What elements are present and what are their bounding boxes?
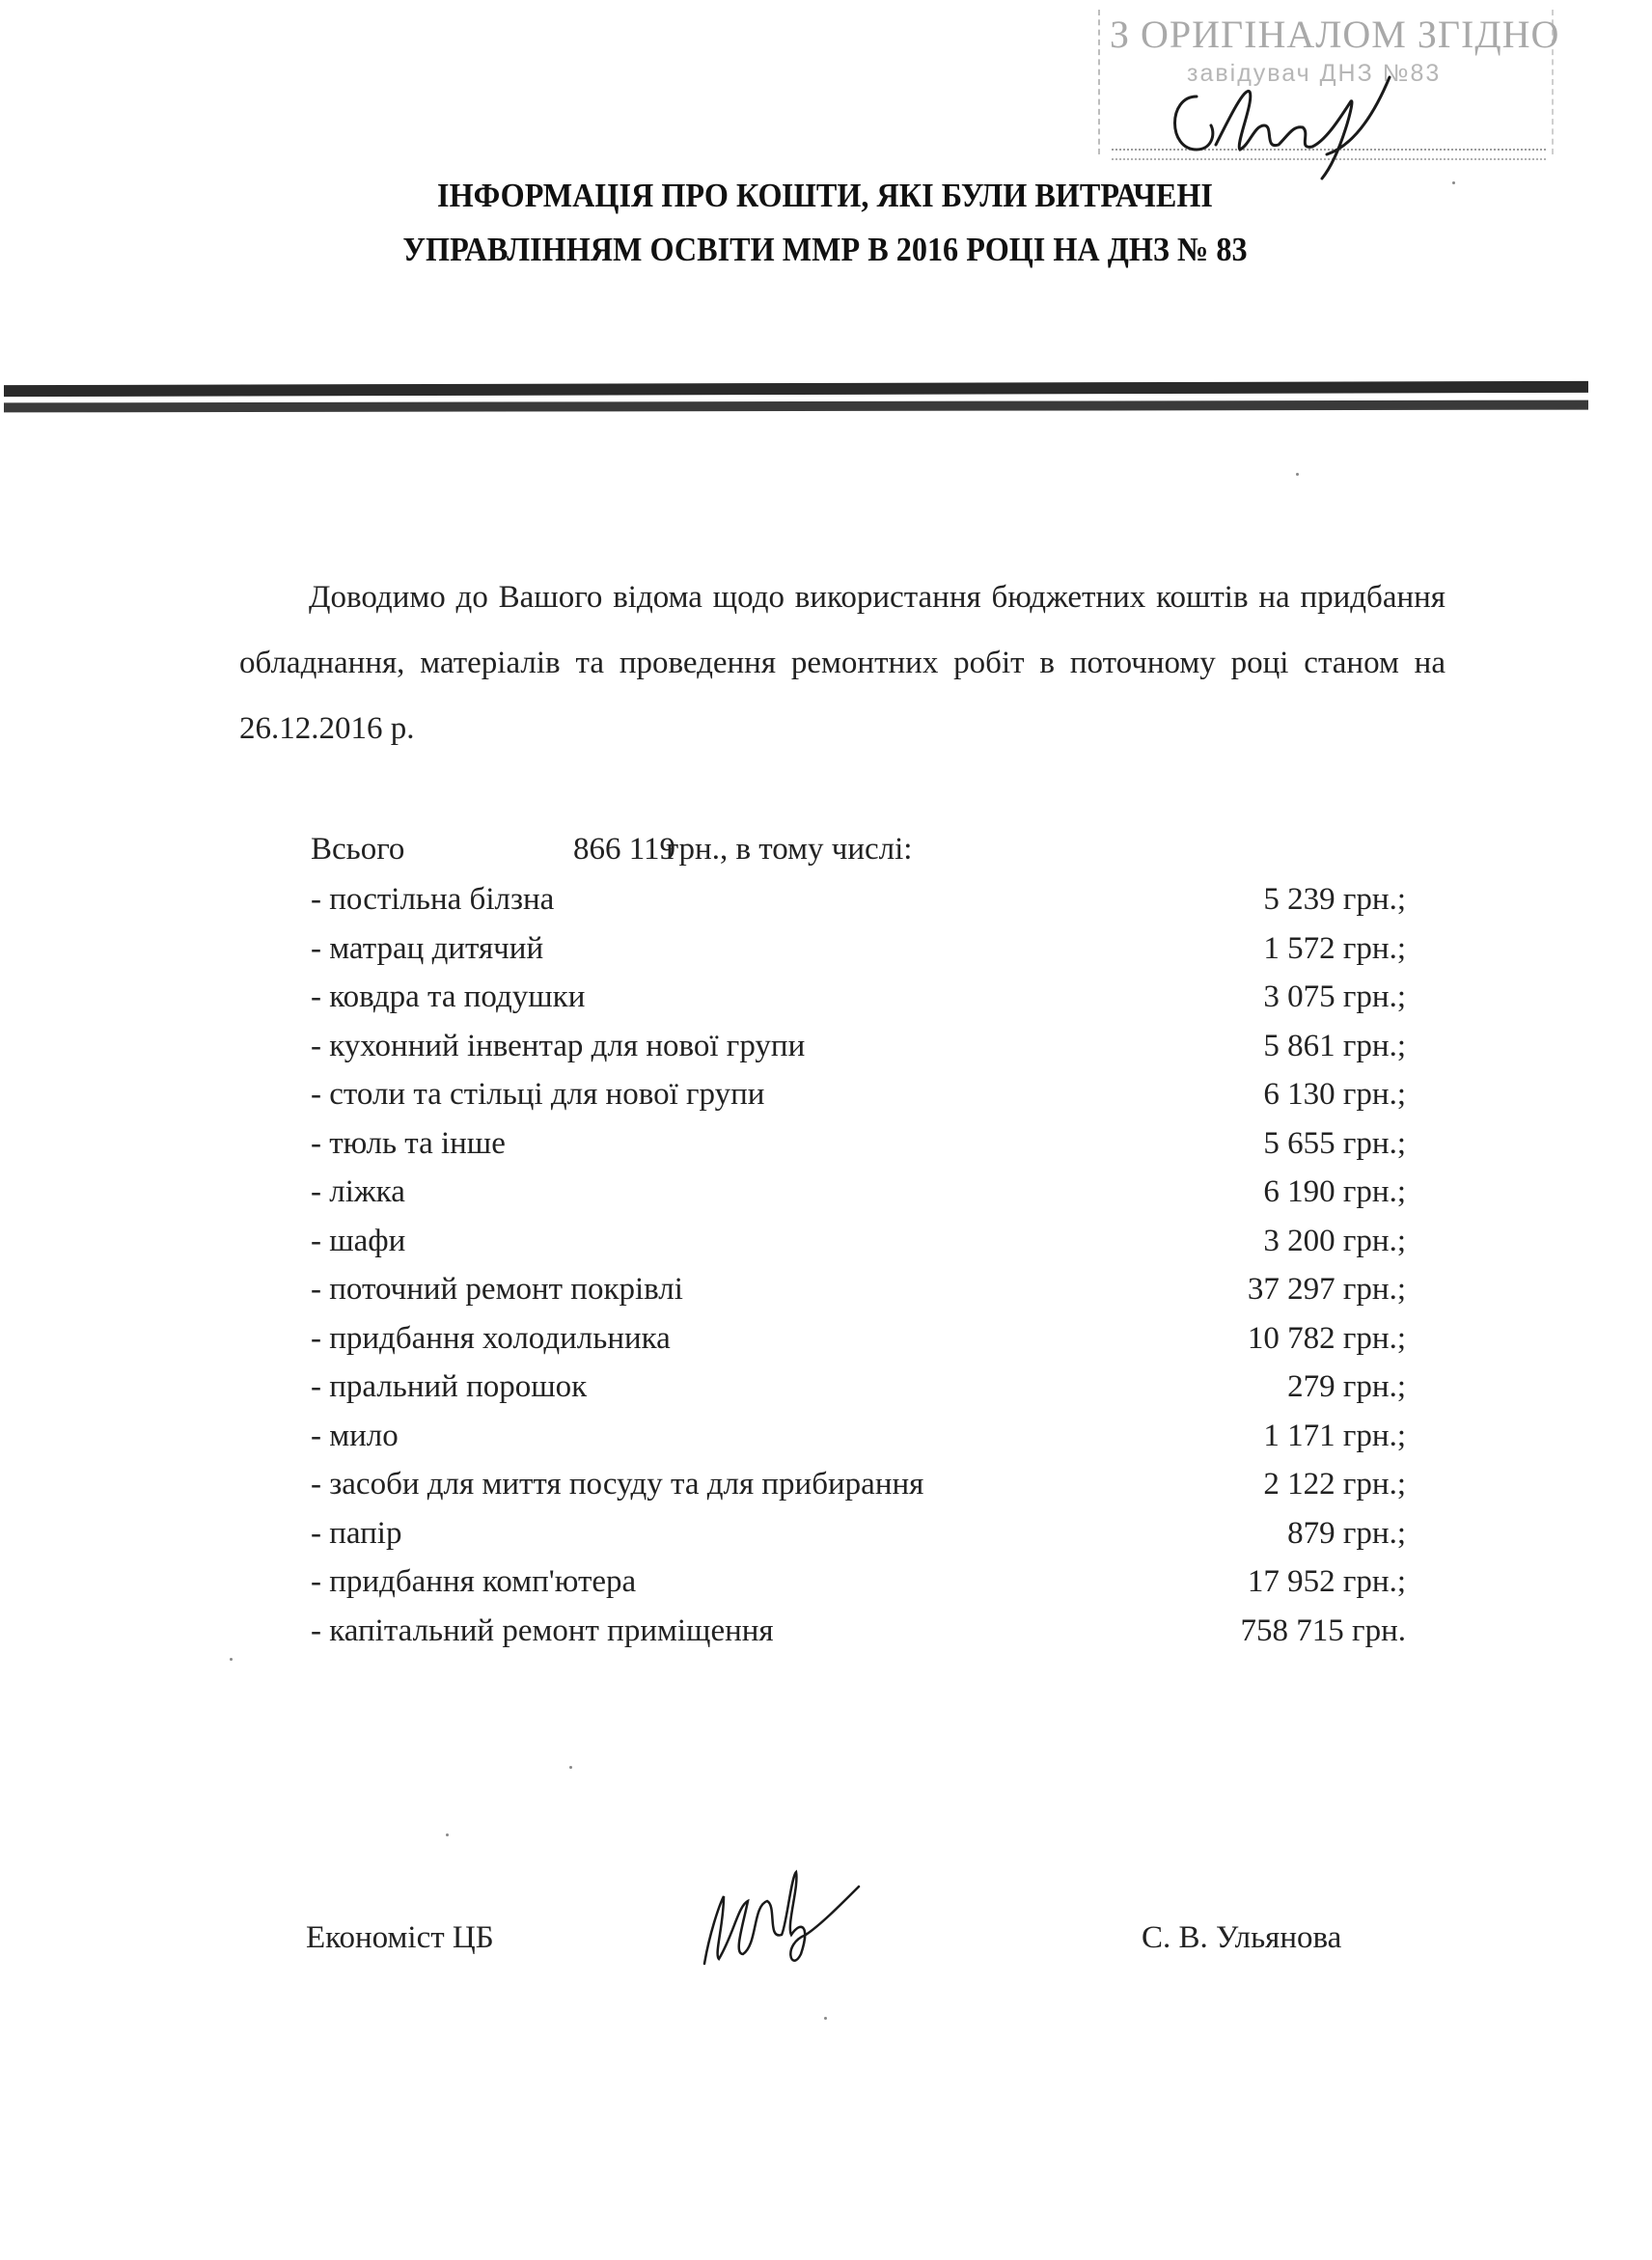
expense-item: - засоби для миття посуду та для прибира… [311, 1460, 1406, 1509]
expense-amount: 10 782 грн.; [1248, 1314, 1406, 1364]
expense-item: - придбання комп'ютера17 952 грн.; [311, 1557, 1406, 1607]
expense-name: - засоби для миття посуду та для прибира… [311, 1460, 923, 1509]
expense-name: - придбання холодильника [311, 1314, 671, 1364]
expense-item: - постільна білзна5 239 грн.; [311, 875, 1406, 924]
expense-amount: 37 297 грн.; [1248, 1265, 1406, 1314]
expense-name: - поточний ремонт покрівлі [311, 1265, 683, 1314]
expense-name: - капітальний ремонт приміщення [311, 1607, 774, 1656]
scan-speck [230, 1658, 233, 1661]
expense-name: - мило [311, 1412, 399, 1461]
expense-amount: 6 130 грн.; [1263, 1070, 1406, 1119]
expense-amount: 879 грн.; [1287, 1509, 1406, 1558]
expense-name: - пральний порошок [311, 1363, 587, 1412]
intro-text: Доводимо до Вашого відома щодо використа… [239, 580, 1445, 746]
stamp-signature-icon [1158, 58, 1409, 183]
expense-amount: 1 171 грн.; [1263, 1412, 1406, 1461]
expense-amount: 17 952 грн.; [1248, 1557, 1406, 1607]
total-amount: 866 119 [573, 832, 652, 868]
expense-amount: 5 861 грн.; [1263, 1022, 1406, 1071]
expense-item: - поточний ремонт покрівлі37 297 грн.; [311, 1265, 1406, 1314]
expense-amount: 279 грн.; [1287, 1363, 1406, 1412]
signer-role: Економіст ЦБ [306, 1920, 494, 1956]
expense-item: - ковдра та подушки3 075 грн.; [311, 973, 1406, 1022]
expense-amount: 758 715 грн. [1241, 1607, 1406, 1656]
expense-item: - кухонний інвентар для нової групи5 861… [311, 1022, 1406, 1071]
total-suffix: грн., в тому числі: [666, 832, 912, 867]
expense-item: - столи та стільці для нової групи6 130 … [311, 1070, 1406, 1119]
expense-item: - капітальний ремонт приміщення758 715 г… [311, 1607, 1406, 1656]
expense-amount: 3 200 грн.; [1263, 1217, 1406, 1266]
expense-item: - мило1 171 грн.; [311, 1412, 1406, 1461]
header-divider [4, 400, 1588, 413]
expense-item: - ліжка6 190 грн.; [311, 1168, 1406, 1217]
total-line: Всього866 119грн., в тому числі: [311, 832, 912, 868]
expense-name: - кухонний інвентар для нової групи [311, 1022, 805, 1071]
intro-paragraph: Доводимо до Вашого відома щодо використа… [239, 565, 1445, 761]
expense-amount: 6 190 грн.; [1263, 1168, 1406, 1217]
expense-item: - папір879 грн.; [311, 1509, 1406, 1558]
scan-speck [569, 1766, 572, 1769]
expense-name: - ліжка [311, 1168, 405, 1217]
expense-amount: 2 122 грн.; [1263, 1460, 1406, 1509]
scan-speck [446, 1833, 449, 1836]
total-label: Всього [311, 832, 573, 868]
signer-name: С. В. Ульянова [1142, 1920, 1341, 1956]
expense-name: - ковдра та подушки [311, 973, 585, 1022]
expense-name: - столи та стільці для нової групи [311, 1070, 764, 1119]
document-title: ІНФОРМАЦІЯ ПРО КОШТИ, ЯКІ БУЛИ ВИТРАЧЕНІ… [323, 169, 1327, 277]
expense-item: - пральний порошок279 грн.; [311, 1363, 1406, 1412]
expense-amount: 5 655 грн.; [1263, 1119, 1406, 1169]
expense-name: - тюль та інше [311, 1119, 506, 1169]
expense-name: - папір [311, 1509, 401, 1558]
title-line-1: ІНФОРМАЦІЯ ПРО КОШТИ, ЯКІ БУЛИ ВИТРАЧЕНІ [323, 169, 1327, 223]
expense-item: - шафи3 200 грн.; [311, 1217, 1406, 1266]
scan-speck [1296, 473, 1299, 476]
expense-amount: 1 572 грн.; [1263, 924, 1406, 974]
expense-name: - придбання комп'ютера [311, 1557, 636, 1607]
expense-item: - придбання холодильника10 782 грн.; [311, 1314, 1406, 1364]
expense-amount: 3 075 грн.; [1263, 973, 1406, 1022]
expense-list: - постільна білзна5 239 грн.;- матрац ди… [311, 875, 1406, 1655]
expense-item: - тюль та інше5 655 грн.; [311, 1119, 1406, 1169]
scan-speck [1452, 181, 1455, 184]
header-divider [4, 381, 1588, 397]
title-line-2: УПРАВЛІННЯМ ОСВІТИ ММР В 2016 РОЦІ НА ДН… [323, 223, 1327, 277]
expense-name: - постільна білзна [311, 875, 554, 924]
stamp-title: З ОРИГІНАЛОМ ЗГІДНО [1110, 12, 1554, 57]
expense-name: - шафи [311, 1217, 405, 1266]
expense-name: - матрац дитячий [311, 924, 543, 974]
expense-item: - матрац дитячий1 572 грн.; [311, 924, 1406, 974]
expense-amount: 5 239 грн.; [1263, 875, 1406, 924]
handwritten-signature-icon [695, 1867, 888, 1983]
scan-speck [824, 2017, 827, 2020]
